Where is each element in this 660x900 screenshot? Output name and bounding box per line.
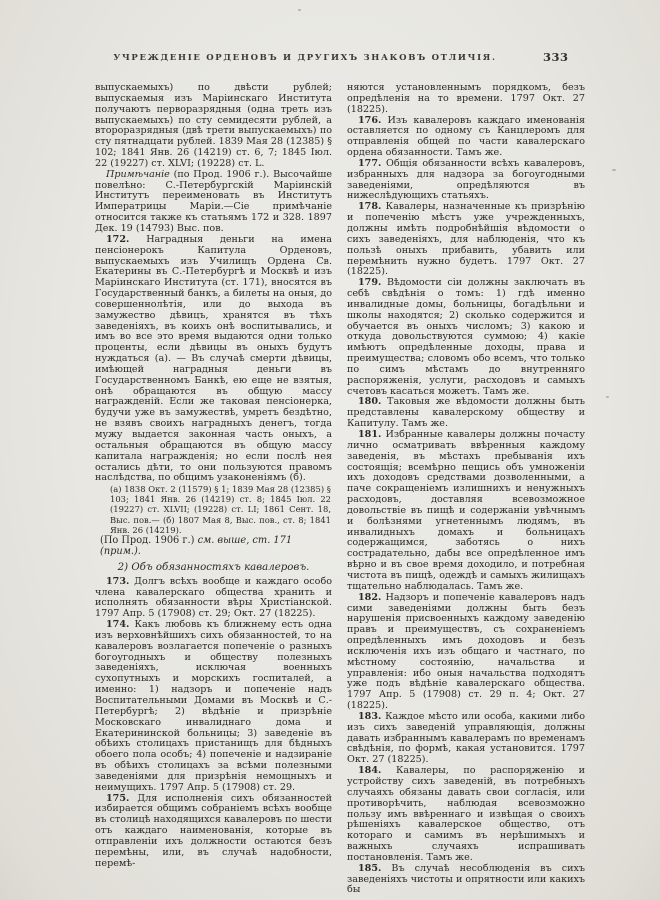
article-paragraph-178: 178. Кавалеры, назначенные къ призрѣнію …	[347, 202, 585, 278]
right-column: няются установленнымъ порядкомъ, безъ оп…	[347, 83, 585, 896]
article-number: 172.	[106, 234, 129, 245]
article-paragraph-175: 175. Для исполненія сихъ обязанностей из…	[95, 794, 332, 870]
section-heading: 2) Объ обязанностяхъ кавалеровъ.	[95, 562, 332, 574]
article-number: 181.	[358, 429, 381, 440]
scan-speck	[612, 169, 616, 171]
article-paragraph-179: 179. Вѣдомости сіи должны заключать въ с…	[347, 278, 585, 397]
citation-block: (а) 1838 Окт. 2 (11579) § 1; 1839 Мая 28…	[95, 484, 332, 534]
article-number: 173.	[106, 576, 129, 587]
article-number: 179.	[358, 277, 381, 288]
article-text: Избранные кавалеры должны почасту лично …	[347, 429, 585, 592]
article-number: 184.	[358, 765, 381, 776]
article-paragraph-181: 181. Избранные кавалеры должны почасту л…	[347, 430, 585, 593]
article-paragraph-172: 172. Наградныя деньги на имена пенсіонер…	[95, 235, 332, 484]
article-text: Въ случаѣ несоблюденія въ сихъ заведенія…	[347, 863, 585, 896]
scan-speck	[606, 396, 609, 398]
article-text: Для исполненія сихъ обязанностей избирае…	[95, 793, 332, 869]
article-text: Кавалеры, назначенные къ призрѣнію и поп…	[347, 201, 585, 277]
article-paragraph-185: 185. Въ случаѣ несоблюденія въ сихъ заве…	[347, 864, 585, 897]
article-paragraph-184: 184. Кавалеры, по распоряженію и устройс…	[347, 766, 585, 864]
article-text: Кавалеры, по распоряженію и устройству с…	[347, 765, 585, 863]
prod-roman-part: (По Прод. 1906 г.)	[100, 535, 198, 546]
article-number: 175.	[106, 793, 129, 804]
continuation-paragraph: выпускаемыхъ) по двѣсти рублей; выпускае…	[95, 83, 332, 170]
article-number: 177.	[358, 158, 381, 169]
article-text: Общія обязанности всѣхъ кавалеровъ, избр…	[347, 158, 585, 202]
two-column-text-block: выпускаемыхъ) по двѣсти рублей; выпускае…	[95, 83, 585, 896]
article-text: Таковыя же вѣдомости должны быть предста…	[347, 396, 585, 429]
page-number: 333	[543, 50, 569, 64]
article-paragraph-173: 173. Долгъ всѣхъ вообще и каждаго особо …	[95, 577, 332, 620]
article-paragraph-177: 177. Общія обязанности всѣхъ кавалеровъ,…	[347, 159, 585, 202]
continuation-paragraph: няются установленнымъ порядкомъ, безъ оп…	[347, 83, 585, 116]
left-column: выпускаемыхъ) по двѣсти рублей; выпускае…	[95, 83, 332, 896]
article-text: Вѣдомости сіи должны заключать въ себѣ с…	[347, 277, 585, 396]
article-number: 183.	[358, 711, 381, 722]
article-text: Долгъ всѣхъ вообще и каждаго особо члена…	[95, 576, 332, 620]
scan-speck	[298, 9, 301, 11]
article-text: Каждое мѣсто или особа, какими либо изъ …	[347, 711, 585, 765]
article-number: 178.	[358, 201, 381, 212]
scanned-book-page: УЧРЕЖДЕНІЕ ОРДЕНОВЪ И ДРУГИХЪ ЗНАКОВЪ ОТ…	[0, 0, 660, 900]
article-paragraph-182: 182. Надзоръ и попеченіе кавалеровъ надъ…	[347, 593, 585, 712]
article-number: 185.	[358, 863, 381, 874]
article-paragraph-176: 176. Изъ кавалеровъ каждаго именованія о…	[347, 116, 585, 159]
article-paragraph-183: 183. Каждое мѣсто или особа, какими либо…	[347, 712, 585, 766]
article-number: 176.	[358, 115, 381, 126]
article-paragraph-174: 174. Какъ любовь къ ближнему есть одна и…	[95, 620, 332, 794]
article-text: Наградныя деньги на имена пенсіонерокъ К…	[95, 234, 332, 484]
article-paragraph-180: 180. Таковыя же вѣдомости должны быть пр…	[347, 397, 585, 430]
note-lead-word: Примѣчаніе	[106, 169, 170, 180]
article-number: 180.	[358, 396, 381, 407]
prodolzhenie-reference-line: (По Прод. 1906 г.) см. выше, ст. 171 (пр…	[95, 535, 332, 558]
article-text: Надзоръ и попеченіе кавалеровъ надъ сими…	[347, 592, 585, 711]
article-text: Какъ любовь къ ближнему есть одна изъ ве…	[95, 619, 332, 793]
running-head-title: УЧРЕЖДЕНІЕ ОРДЕНОВЪ И ДРУГИХЪ ЗНАКОВЪ ОТ…	[95, 53, 515, 63]
article-text: Изъ кавалеровъ каждаго именованія оставл…	[347, 115, 585, 159]
article-number: 174.	[106, 619, 129, 630]
scan-speck	[529, 772, 532, 775]
article-number: 182.	[358, 592, 381, 603]
note-paragraph: Примѣчаніе (по Прод. 1906 г.). Высочайше…	[95, 170, 332, 235]
